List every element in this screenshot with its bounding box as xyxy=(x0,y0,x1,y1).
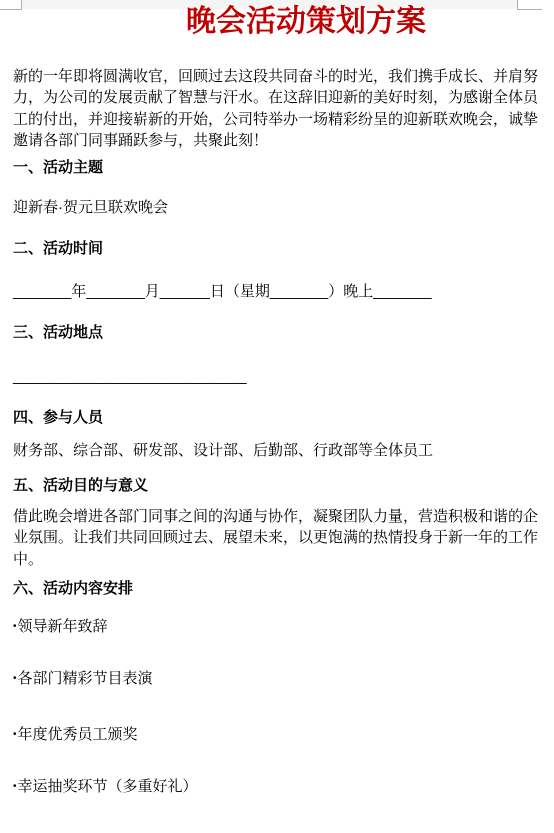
agenda-item-lottery: •幸运抽奖环节（多重好礼） xyxy=(13,776,198,797)
bullet-icon: • xyxy=(13,673,17,684)
theme-text: 迎新春·贺元旦联欢晚会 xyxy=(13,197,542,218)
intro-paragraph: 新的一年即将圆满收官，回顾过去这段共同奋斗的时光，我们携手成长、并肩努力，为公司… xyxy=(13,66,542,151)
participants-text: 财务部、综合部、研发部、设计部、后勤部、行政部等全体员工 xyxy=(13,440,542,461)
bullet-icon: • xyxy=(13,729,17,740)
heading-purpose: 五、活动目的与意义 xyxy=(13,475,148,496)
heading-theme: 一、活动主题 xyxy=(13,157,103,178)
agenda-item-speech: •领导新年致辞 xyxy=(13,616,108,637)
time-blank-line: _______年_______月______日（星期_______）晚上____… xyxy=(13,281,542,302)
agenda-item-awards: •年度优秀员工颁奖 xyxy=(13,724,138,745)
bullet-icon: • xyxy=(13,621,17,632)
document-page[interactable]: 晚会活动策划方案 新的一年即将圆满收官，回顾过去这段共同奋斗的时光，我们携手成长… xyxy=(0,0,554,833)
heading-time: 二、活动时间 xyxy=(13,238,103,259)
margin-crop-mark-right xyxy=(517,0,542,10)
agenda-item-label: 幸运抽奖环节（多重好礼） xyxy=(18,778,198,795)
location-blank-line: ____________________________ xyxy=(13,366,542,387)
heading-location: 三、活动地点 xyxy=(13,322,103,343)
purpose-paragraph: 借此晚会增进各部门同事之间的沟通与协作，凝聚团队力量，营造积极和谐的企业氛围。让… xyxy=(13,506,542,570)
bullet-icon: • xyxy=(13,781,17,792)
agenda-item-performances: •各部门精彩节目表演 xyxy=(13,668,153,689)
agenda-item-label: 年度优秀员工颁奖 xyxy=(18,726,138,743)
heading-participants: 四、参与人员 xyxy=(13,407,103,428)
document-title: 晚会活动策划方案 xyxy=(186,4,426,40)
agenda-item-label: 领导新年致辞 xyxy=(18,618,108,635)
margin-crop-mark-left xyxy=(0,0,22,10)
heading-agenda: 六、活动内容安排 xyxy=(13,578,133,599)
agenda-item-label: 各部门精彩节目表演 xyxy=(18,670,153,687)
